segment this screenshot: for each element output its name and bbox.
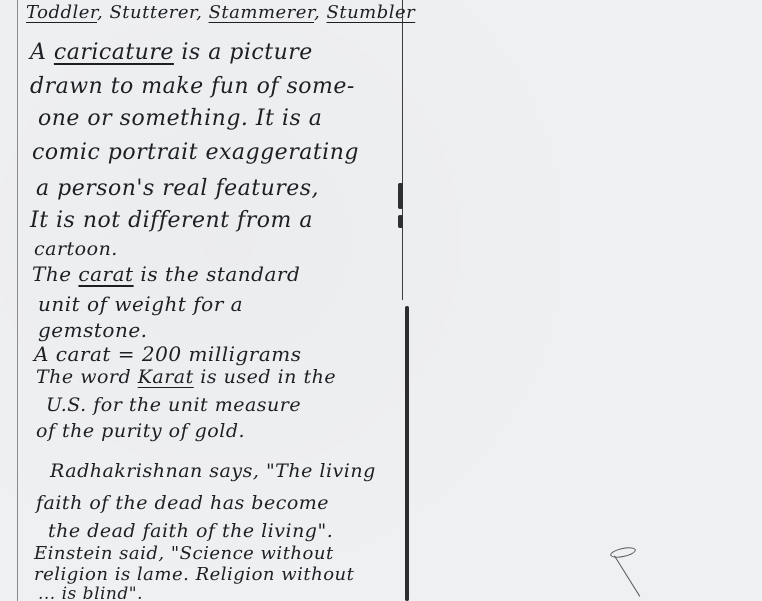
quote-line: faith of the dead has become [36, 492, 329, 514]
text-line: The word Karat is used in the [36, 366, 336, 388]
quote-line: ... is blind". [38, 584, 143, 601]
text: A [30, 40, 54, 65]
text: is a picture [174, 40, 313, 65]
text-line: A carat = 200 milligrams [34, 342, 302, 366]
text-line: drawn to make fun of some- [30, 74, 355, 99]
word-karat: Karat [138, 366, 194, 388]
text: , Stutterer, [97, 2, 209, 23]
left-margin-line [17, 0, 18, 601]
quote-line: the dead faith of the living". [48, 520, 333, 542]
quote-line: Einstein said, "Science without [34, 543, 334, 564]
text-line: The carat is the standard [32, 262, 300, 286]
text-line: cartoon. [34, 238, 118, 260]
word-caricature: caricature [54, 40, 174, 65]
text-line: unit of weight for a [38, 292, 243, 316]
text-line: gemstone. [38, 318, 148, 342]
scanned-page: Toddler, Stutterer, Stammerer, Stumbler … [0, 0, 762, 601]
quote-line: religion is lame. Religion without [34, 564, 354, 585]
pen-stroke [614, 555, 640, 596]
word-carat: carat [78, 262, 133, 286]
right-border-line-thick [405, 306, 409, 601]
quote-line: Radhakrishnan says, "The living [50, 460, 376, 482]
word-stammerer: Stammerer [209, 2, 314, 23]
text: is used in the [194, 366, 336, 388]
pen-scribble [609, 545, 636, 559]
text: The word [36, 366, 138, 388]
heading-line: Toddler, Stutterer, Stammerer, Stumbler [26, 2, 415, 23]
text: is the standard [134, 262, 301, 286]
text-line: U.S. for the unit measure [46, 394, 301, 416]
text-line: of the purity of gold. [36, 420, 245, 442]
text-line: comic portrait exaggerating [32, 140, 359, 165]
text: The [32, 262, 78, 286]
right-border-line-thin [402, 0, 403, 300]
word-stumbler: Stumbler [327, 2, 416, 23]
text-line: A caricature is a picture [30, 40, 313, 65]
text-line: It is not different from a [30, 208, 313, 233]
ink-mark [398, 183, 403, 209]
word-toddler: Toddler [26, 2, 97, 23]
text: , [314, 2, 326, 23]
text-line: a person's real features, [36, 176, 319, 201]
text-line: one or something. It is a [38, 106, 322, 131]
ink-mark [398, 215, 403, 228]
